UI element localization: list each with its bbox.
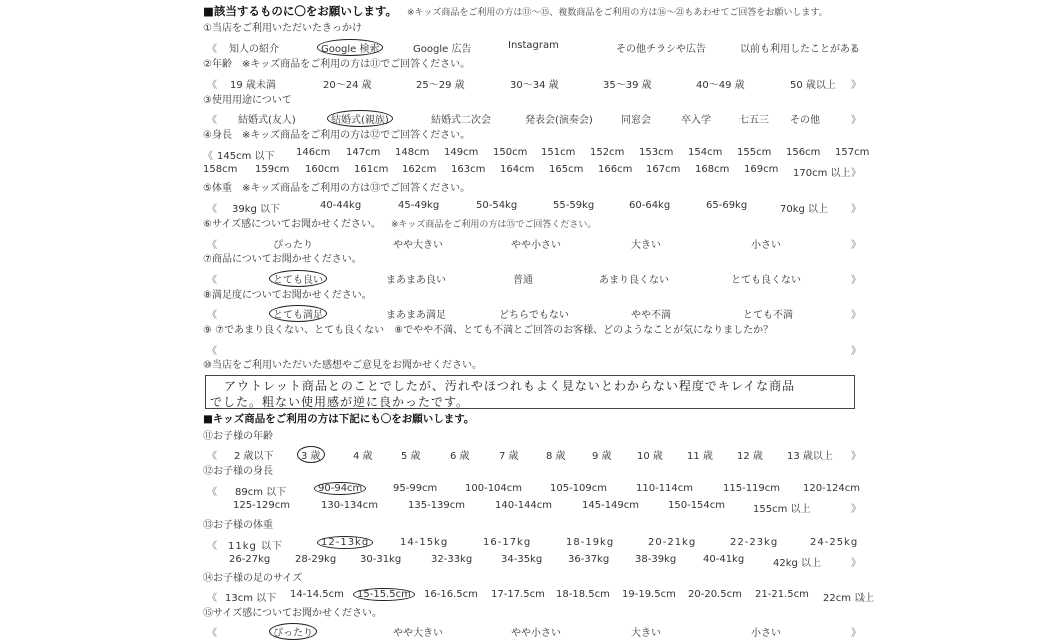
- q13-option[interactable]: 38-39kg: [635, 554, 676, 565]
- q12-options-row2: 125-129cm 130-134cm 135-139cm 140-144cm …: [203, 500, 873, 514]
- open-bracket: 《: [207, 40, 217, 55]
- q12-option[interactable]: 89cm 以下: [235, 483, 286, 498]
- q4-option[interactable]: 160cm: [305, 164, 339, 175]
- q7-option[interactable]: 普通: [513, 271, 533, 286]
- q11-option-selected[interactable]: 3 歳: [297, 446, 325, 463]
- q6-label-row: ⑥サイズ感についてお聞かせください。※キッズ商品をご利用の方は⑮でご回答ください…: [203, 218, 596, 232]
- q4-option[interactable]: 147cm: [346, 147, 380, 158]
- q1-label: ①当店をご利用いただいたきっかけ: [203, 22, 362, 36]
- q15-option[interactable]: やや小さい: [511, 624, 561, 639]
- q4-option[interactable]: 165cm: [549, 164, 583, 175]
- q12-option[interactable]: 110-114cm: [636, 483, 693, 494]
- q11-option[interactable]: 4 歳: [353, 447, 373, 462]
- q13-label: ⑬お子様の体重: [203, 519, 273, 533]
- q9-label: ⑨ ⑦であまり良くない、とても良くない ⑧でやや不満、とても不満とご回答のお客様…: [203, 324, 773, 338]
- q4-option[interactable]: 170cm 以上: [793, 164, 851, 179]
- q5-label: ⑤体重 ※キッズ商品をご利用の方は⑬でご回答ください。: [203, 182, 470, 196]
- heading-note: ※キッズ商品をご利用の方は⑪〜⑮、複数商品をご利用の方は⑯〜㉑もあわせてご回答を…: [407, 8, 828, 18]
- q12-option[interactable]: 155cm 以上: [753, 500, 811, 515]
- q11-option[interactable]: 11 歳: [687, 447, 713, 462]
- q1-option[interactable]: Google 広告: [413, 40, 471, 55]
- q6-label: ⑥サイズ感についてお聞かせください。: [203, 219, 381, 230]
- open-bracket: 《: [207, 447, 217, 462]
- q4-option[interactable]: 153cm: [639, 147, 673, 158]
- q12-options-row1: 《 89cm 以下 90-94cm 95-99cm 100-104cm 105-…: [203, 483, 873, 497]
- q6-option[interactable]: やや小さい: [511, 236, 561, 251]
- q15-options: 《 ぴったり やや大きい やや小さい 大きい 小さい 》: [203, 624, 863, 638]
- q2-option[interactable]: 19 歳未満: [230, 76, 276, 91]
- q5-options: 《 39kg 以下 40-44kg 45-49kg 50-54kg 55-59k…: [203, 200, 863, 214]
- q14-option[interactable]: 20-20.5cm: [688, 589, 742, 600]
- q1-options: 《 知人の紹介 Google 検索 Google 広告 Instagram その…: [203, 40, 863, 54]
- q4-option[interactable]: 159cm: [255, 164, 289, 175]
- q12-option[interactable]: 140-144cm: [495, 500, 552, 511]
- q2-option[interactable]: 25〜29 歳: [416, 76, 465, 91]
- q4-option[interactable]: 162cm: [402, 164, 436, 175]
- q10-answer-line2: でした。粗ない使用感が逆に良かったです。: [210, 393, 469, 410]
- q6-note: ※キッズ商品をご利用の方は⑮でご回答ください。: [391, 220, 596, 230]
- q13-option[interactable]: 42kg 以上: [773, 554, 821, 569]
- q4-option[interactable]: 161cm: [354, 164, 388, 175]
- q15-option[interactable]: 小さい: [751, 624, 781, 639]
- q5-option[interactable]: 39kg 以下: [232, 200, 280, 215]
- q5-option[interactable]: 65-69kg: [706, 200, 747, 211]
- form-heading: ■該当するものに〇をお願いします。※キッズ商品をご利用の方は⑪〜⑮、複数商品をご…: [203, 4, 828, 20]
- q4-option[interactable]: 167cm: [646, 164, 680, 175]
- q14-options: 《 13cm 以下 14-14.5cm 15-15.5cm 16-16.5cm …: [203, 589, 873, 603]
- q6-option[interactable]: 小さい: [751, 236, 781, 251]
- q2-options: 《 19 歳未満 20〜24 歳 25〜29 歳 30〜34 歳 35〜39 歳…: [203, 76, 863, 90]
- q13-option[interactable]: 24-25kg: [810, 537, 858, 548]
- q11-option[interactable]: 9 歳: [592, 447, 612, 462]
- open-bracket: 《: [203, 147, 213, 162]
- open-bracket: 《: [207, 483, 217, 498]
- q11-option[interactable]: 8 歳: [546, 447, 566, 462]
- q11-option[interactable]: 2 歳以下: [234, 447, 274, 462]
- q12-option[interactable]: 145-149cm: [582, 500, 639, 511]
- close-bracket: 》: [851, 500, 861, 515]
- q14-option[interactable]: 18-18.5cm: [556, 589, 610, 600]
- q4-label: ④身長 ※キッズ商品をご利用の方は⑫でご回答ください。: [203, 129, 470, 143]
- q8-options: 《 とても満足 まあまあ満足 どちらでもない やや不満 とても不満 》: [203, 306, 863, 320]
- q1-option-selected[interactable]: Google 検索: [317, 39, 383, 56]
- close-bracket: 》: [851, 271, 861, 286]
- q5-option[interactable]: 70kg 以上: [780, 200, 828, 215]
- q6-option[interactable]: やや大きい: [393, 236, 443, 251]
- q13-option[interactable]: 22-23kg: [730, 537, 778, 548]
- q3-option-selected[interactable]: 結婚式(親族): [327, 110, 393, 127]
- q6-options: 《 ぴったり やや大きい やや小さい 大きい 小さい 》: [203, 236, 863, 250]
- open-bracket: 《: [207, 537, 217, 552]
- q11-option[interactable]: 6 歳: [450, 447, 470, 462]
- open-bracket: 《: [207, 236, 217, 251]
- q1-option[interactable]: 知人の紹介: [229, 40, 279, 55]
- q14-option[interactable]: 14-14.5cm: [290, 589, 344, 600]
- q13-option[interactable]: 18-19kg: [566, 537, 614, 548]
- q3-options: 《 結婚式(友人) 結婚式(親族) 結婚式二次会 発表会(演奏会) 同窓会 卒入…: [203, 111, 863, 125]
- q13-option[interactable]: 20-21kg: [648, 537, 696, 548]
- open-bracket: 《: [207, 589, 217, 604]
- q14-option[interactable]: 19-19.5cm: [622, 589, 676, 600]
- q4-option[interactable]: 157cm: [835, 147, 869, 158]
- q1-option[interactable]: 以前も利用したことがある: [740, 40, 860, 55]
- open-bracket: 《: [207, 76, 217, 91]
- q8-option[interactable]: どちらでもない: [499, 306, 569, 321]
- q4-option[interactable]: 154cm: [688, 147, 722, 158]
- q13-option[interactable]: 30-31kg: [360, 554, 401, 565]
- q13-option[interactable]: 14-15kg: [400, 537, 448, 548]
- q6-option[interactable]: ぴったり: [273, 236, 313, 251]
- close-bracket: 》: [851, 447, 861, 462]
- q3-option[interactable]: その他: [790, 111, 820, 126]
- close-bracket: 》: [851, 111, 861, 126]
- q8-label: ⑧満足度についてお聞かせください。: [203, 289, 372, 303]
- q12-option[interactable]: 100-104cm: [465, 483, 522, 494]
- q15-option[interactable]: やや大きい: [393, 624, 443, 639]
- q10-answer-line1: アウトレット商品とのことでしたが、汚れやほつれもよく見ないとわからない程度でキレ…: [224, 377, 795, 394]
- q12-option-selected[interactable]: 90-94cm: [314, 482, 366, 495]
- close-bracket: 》: [851, 342, 861, 357]
- q13-option[interactable]: 40-41kg: [703, 554, 744, 565]
- q8-option-selected[interactable]: とても満足: [269, 305, 327, 322]
- q14-option[interactable]: 16-16.5cm: [424, 589, 478, 600]
- close-bracket: 》: [851, 306, 861, 321]
- q2-option[interactable]: 35〜39 歳: [603, 76, 652, 91]
- close-bracket: 》: [851, 236, 861, 251]
- q4-option[interactable]: 151cm: [541, 147, 575, 158]
- q7-option[interactable]: まあまあ良い: [386, 271, 446, 286]
- q12-label: ⑫お子様の身長: [203, 465, 273, 479]
- q3-option[interactable]: 同窓会: [621, 111, 651, 126]
- q15-label: ⑮サイズ感についてお聞かせください。: [203, 607, 382, 621]
- close-bracket: 》: [851, 200, 861, 215]
- q15-option[interactable]: 大きい: [631, 624, 661, 639]
- q11-option[interactable]: 5 歳: [401, 447, 421, 462]
- q4-options-row1: 《 145cm 以下 146cm 147cm 148cm 149cm 150cm…: [203, 147, 873, 161]
- q4-option[interactable]: 146cm: [296, 147, 330, 158]
- q13-option-selected[interactable]: 12-13kg: [317, 536, 373, 549]
- q11-option[interactable]: 13 歳以上: [787, 447, 833, 462]
- q13-option[interactable]: 32-33kg: [431, 554, 472, 565]
- q8-option[interactable]: とても不満: [743, 306, 793, 321]
- open-bracket: 《: [207, 111, 217, 126]
- q5-option[interactable]: 55-59kg: [553, 200, 594, 211]
- close-bracket: 》: [851, 76, 861, 91]
- close-bracket: 》: [851, 164, 861, 179]
- open-bracket: 《: [207, 342, 217, 357]
- q4-option[interactable]: 158cm: [203, 164, 237, 175]
- q11-option[interactable]: 7 歳: [499, 447, 519, 462]
- q15-option-selected[interactable]: ぴったり: [269, 623, 317, 640]
- q5-option[interactable]: 45-49kg: [398, 200, 439, 211]
- q13-option[interactable]: 34-35kg: [501, 554, 542, 565]
- q7-option[interactable]: あまり良くない: [599, 271, 669, 286]
- q4-option[interactable]: 156cm: [786, 147, 820, 158]
- q8-option[interactable]: やや不満: [631, 306, 671, 321]
- q2-option[interactable]: 50 歳以上: [790, 76, 836, 91]
- q14-option[interactable]: 21-21.5cm: [755, 589, 809, 600]
- q8-option[interactable]: まあまあ満足: [386, 306, 446, 321]
- open-bracket: 《: [207, 200, 217, 215]
- q14-option[interactable]: 17-17.5cm: [491, 589, 545, 600]
- q4-option[interactable]: 166cm: [598, 164, 632, 175]
- q12-option[interactable]: 115-119cm: [723, 483, 780, 494]
- q12-option[interactable]: 105-109cm: [550, 483, 607, 494]
- q13-option[interactable]: 36-37kg: [568, 554, 609, 565]
- q4-option[interactable]: 163cm: [451, 164, 485, 175]
- q4-option[interactable]: 148cm: [395, 147, 429, 158]
- q4-option[interactable]: 164cm: [500, 164, 534, 175]
- q1-option[interactable]: Instagram: [508, 40, 559, 51]
- q12-option[interactable]: 130-134cm: [321, 500, 378, 511]
- q2-option[interactable]: 40〜49 歳: [696, 76, 745, 91]
- q14-option[interactable]: 13cm 以下: [225, 589, 276, 604]
- q13-options-row1: 《 11kg 以下 12-13kg 14-15kg 16-17kg 18-19k…: [203, 537, 873, 551]
- close-bracket: 》: [851, 624, 861, 639]
- q7-options: 《 とても良い まあまあ良い 普通 あまり良くない とても良くない 》: [203, 271, 863, 285]
- q12-option[interactable]: 125-129cm: [233, 500, 290, 511]
- close-bracket: 》: [851, 40, 861, 55]
- q3-option[interactable]: 七五三: [739, 111, 769, 126]
- q7-option[interactable]: とても良くない: [731, 271, 801, 286]
- q4-option[interactable]: 155cm: [737, 147, 771, 158]
- q7-option-selected[interactable]: とても良い: [269, 270, 327, 287]
- heading-title: ■該当するものに〇をお願いします。: [203, 4, 397, 18]
- q5-option[interactable]: 60-64kg: [629, 200, 670, 211]
- q14-option-selected[interactable]: 15-15.5cm: [353, 588, 415, 601]
- q5-option[interactable]: 40-44kg: [320, 200, 361, 211]
- q3-label: ③使用用途について: [203, 94, 292, 108]
- q13-options-row2: 26-27kg 28-29kg 30-31kg 32-33kg 34-35kg …: [203, 554, 873, 568]
- q3-option[interactable]: 発表会(演奏会): [525, 111, 593, 126]
- kids-section-title: ■キッズ商品をご利用の方は下記にも〇をお願いします。: [203, 412, 474, 426]
- q4-option[interactable]: 145cm 以下: [217, 147, 275, 162]
- q10-label: ⑩当店をご利用いただいた感想やご意見をお聞かせください。: [203, 359, 482, 373]
- q12-option[interactable]: 120-124cm: [803, 483, 860, 494]
- q9-answer-row: 《 》: [203, 342, 863, 356]
- q3-option[interactable]: 結婚式(友人): [238, 111, 296, 126]
- q4-option[interactable]: 168cm: [695, 164, 729, 175]
- q13-option[interactable]: 28-29kg: [295, 554, 336, 565]
- q4-option[interactable]: 150cm: [493, 147, 527, 158]
- q13-option[interactable]: 26-27kg: [229, 554, 270, 565]
- q2-option[interactable]: 30〜34 歳: [510, 76, 559, 91]
- q4-option[interactable]: 149cm: [444, 147, 478, 158]
- q7-label: ⑦商品についてお聞かせください。: [203, 253, 362, 267]
- open-bracket: 《: [207, 271, 217, 286]
- q4-option[interactable]: 169cm: [744, 164, 778, 175]
- q11-label: ⑪お子様の年齢: [203, 430, 273, 444]
- close-bracket: 》: [860, 589, 870, 604]
- q10-comment-box[interactable]: アウトレット商品とのことでしたが、汚れやほつれもよく見ないとわからない程度でキレ…: [205, 375, 855, 409]
- q13-option[interactable]: 11kg 以下: [228, 537, 283, 552]
- q12-option[interactable]: 150-154cm: [668, 500, 725, 511]
- q2-option[interactable]: 20〜24 歳: [323, 76, 372, 91]
- survey-form: ■該当するものに〇をお願いします。※キッズ商品をご利用の方は⑪〜⑮、複数商品をご…: [0, 0, 1060, 640]
- q6-option[interactable]: 大きい: [631, 236, 661, 251]
- q11-options: 《 2 歳以下 3 歳 4 歳 5 歳 6 歳 7 歳 8 歳 9 歳 10 歳…: [203, 447, 863, 461]
- q12-option[interactable]: 135-139cm: [408, 500, 465, 511]
- q5-option[interactable]: 50-54kg: [476, 200, 517, 211]
- q11-option[interactable]: 10 歳: [637, 447, 663, 462]
- close-bracket: 》: [851, 554, 861, 569]
- q12-option[interactable]: 95-99cm: [393, 483, 437, 494]
- q14-label: ⑭お子様の足のサイズ: [203, 572, 302, 586]
- q4-option[interactable]: 152cm: [590, 147, 624, 158]
- q13-option[interactable]: 16-17kg: [483, 537, 531, 548]
- q3-option[interactable]: 卒入学: [681, 111, 711, 126]
- q2-label: ②年齢 ※キッズ商品をご利用の方は⑪でご回答ください。: [203, 58, 470, 72]
- q4-options-row2: 158cm 159cm 160cm 161cm 162cm 163cm 164c…: [203, 164, 873, 178]
- open-bracket: 《: [207, 624, 217, 639]
- q11-option[interactable]: 12 歳: [737, 447, 763, 462]
- open-bracket: 《: [207, 306, 217, 321]
- q1-option[interactable]: その他チラシや広告: [616, 40, 706, 55]
- q3-option[interactable]: 結婚式二次会: [431, 111, 491, 126]
